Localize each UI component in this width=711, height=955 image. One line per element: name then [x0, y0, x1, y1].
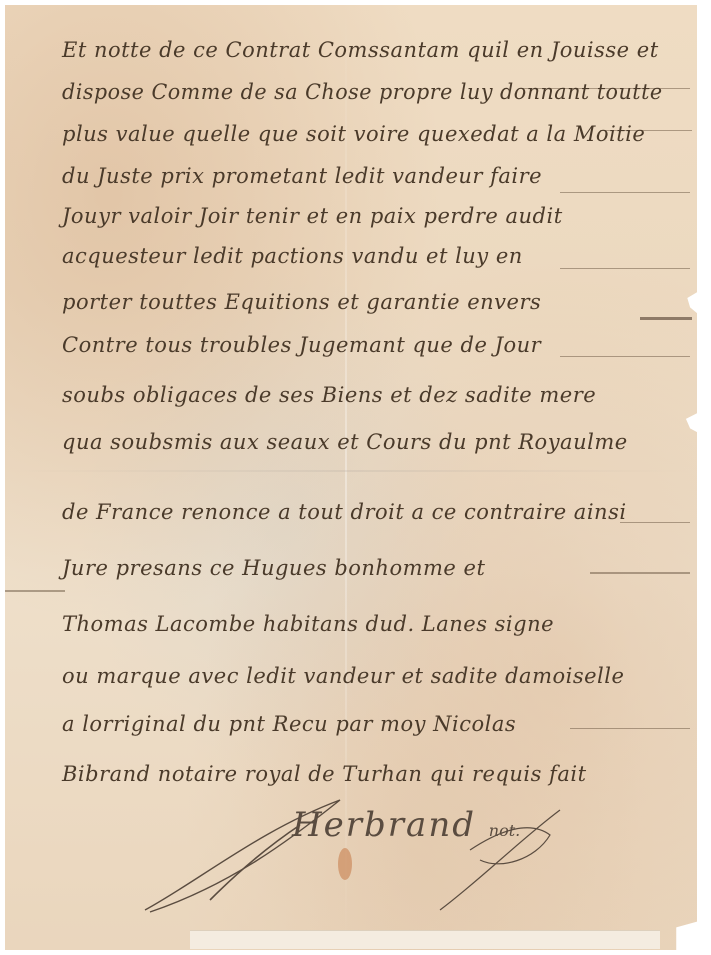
manuscript-line-5: Jouyr valoir Joir tenir et en paix perdr…: [62, 204, 563, 228]
manuscript-line-8: Contre tous troubles Jugemant que de Jou…: [62, 333, 541, 357]
manuscript-line-2: dispose Comme de sa Chose propre luy don…: [62, 80, 663, 104]
manuscript-line-14: ou marque avec ledit vandeur et sadite d…: [62, 664, 624, 688]
line-filler: [560, 356, 690, 357]
manuscript-line-11: de France renonce a tout droit a ce cont…: [62, 500, 627, 524]
manuscript-line-7: porter touttes Equitions et garantie env…: [62, 290, 541, 314]
manuscript-line-10: qua soubsmis aux seaux et Cours du pnt R…: [62, 430, 628, 454]
manuscript-line-6: acquesteur ledit pactions vandu et luy e…: [62, 244, 523, 268]
manuscript-line-9: soubs obligaces de ses Biens et dez sadi…: [62, 383, 596, 407]
manuscript-line-1: Et notte de ce Contrat Comssantam quil e…: [62, 38, 659, 62]
line-filler: [640, 317, 692, 320]
signature-suffix: not.: [489, 821, 520, 840]
manuscript-line-12: Jure presans ce Hugues bonhomme et: [62, 556, 485, 580]
line-filler: [560, 268, 690, 269]
manuscript-line-3: plus value quelle que soit voire quexeda…: [62, 122, 645, 146]
manuscript-line-15: a lorriginal du pnt Recu par moy Nicolas: [62, 712, 516, 736]
line-filler: [5, 590, 65, 592]
notary-signature: Herbrand not.: [292, 805, 520, 845]
signature-name: Herbrand: [292, 805, 476, 845]
manuscript-line-16: Bibrand notaire royal de Turhan qui requ…: [62, 762, 587, 786]
line-filler: [590, 572, 690, 574]
line-filler: [560, 192, 690, 193]
paper-stain: [338, 848, 352, 880]
line-filler: [620, 522, 690, 523]
manuscript-line-4: du Juste prix prometant ledit vandeur fa…: [62, 164, 542, 188]
manuscript-line-13: Thomas Lacombe habitans dud. Lanes signe: [62, 612, 554, 636]
fold-crease-horizontal: [5, 470, 697, 472]
line-filler: [570, 728, 690, 729]
torn-bottom-edge: [190, 930, 660, 949]
